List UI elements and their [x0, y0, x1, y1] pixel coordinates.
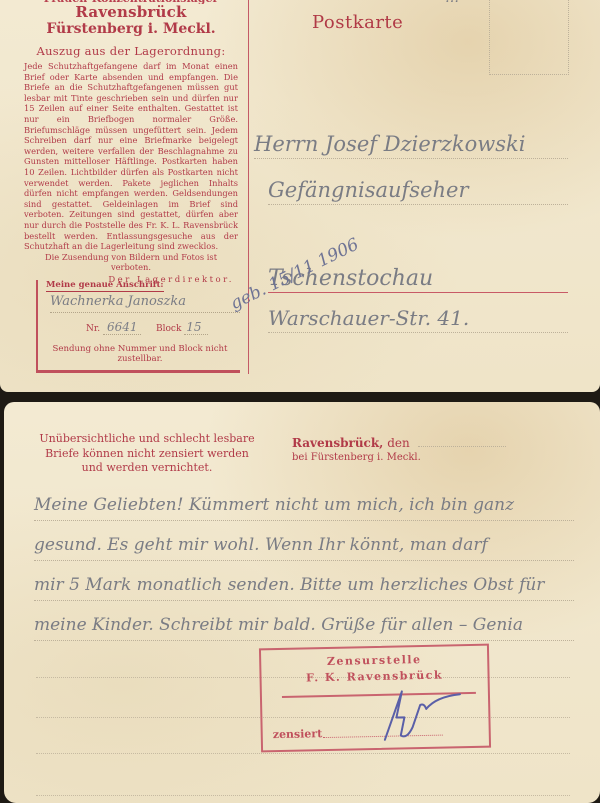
- place-name: Ravensbrück,: [292, 436, 383, 450]
- recipient-line-4: Warschauer-Str. 41.: [268, 306, 568, 333]
- censorship-warning: Unübersichtliche und schlecht lesbare Br…: [34, 432, 260, 476]
- delivery-note: Sendung ohne Nummer und Block nicht zust…: [42, 344, 238, 364]
- sender-address-label: Meine genaue Anschrift:: [46, 280, 164, 292]
- recipient-line-1: Herrn Josef Dzierzkowski: [254, 132, 568, 159]
- stamp-placeholder-box: [489, 0, 569, 75]
- place-date-line: Ravensbrück, den: [292, 436, 506, 450]
- date-blank: [418, 446, 506, 447]
- address-box-underline: [36, 370, 240, 373]
- empty-ruled-line: [36, 795, 570, 796]
- postcard-back: Unübersichtliche und schlecht lesbare Br…: [4, 402, 600, 803]
- camp-rules-text: Jede Schutzhaftgefangene darf im Monat e…: [22, 61, 240, 273]
- rules-body: Jede Schutzhaftgefangene darf im Monat e…: [24, 61, 238, 251]
- camp-name: Ravensbrück: [22, 4, 240, 21]
- block-value: 15: [184, 320, 207, 335]
- top-handwriting-fragment: …: [445, 0, 459, 6]
- postcard-title: Postkarte: [312, 12, 403, 33]
- message-line-4: meine Kinder. Schreibt mir bald. Grüße f…: [34, 610, 574, 641]
- sender-address-box: Meine genaue Anschrift: Wachnerka Janosz…: [36, 280, 238, 370]
- place-suffix: den: [387, 436, 410, 450]
- rules-last-line: Die Zusendung von Bildern und Fotos ist …: [24, 252, 238, 273]
- censored-label: zensiert: [273, 727, 323, 741]
- block-label: Block: [156, 324, 181, 334]
- censor-stamp-title: Zensurstelle: [261, 652, 487, 670]
- camp-location: Fürstenberg i. Meckl.: [22, 21, 240, 37]
- prisoner-number-label: Nr.: [86, 324, 100, 334]
- rules-title: Auszug aus der Lagerordnung:: [22, 44, 240, 58]
- prisoner-number-value: 6641: [103, 320, 142, 335]
- message-line-3: mir 5 Mark monatlich senden. Bitte um he…: [34, 570, 574, 601]
- censor-stamp: Zensurstelle F. K. Ravensbrück zensiert: [259, 644, 491, 753]
- card-divider: [248, 0, 249, 374]
- prisoner-number-field: Nr. 6641: [86, 320, 141, 334]
- camp-rules-panel: Frauen-Konzentrationslager Ravensbrück F…: [22, 0, 240, 285]
- block-field: Block 15: [156, 320, 208, 334]
- postcard-front: Frauen-Konzentrationslager Ravensbrück F…: [0, 0, 600, 392]
- censor-stamp-office: F. K. Ravensbrück: [261, 668, 487, 686]
- sender-name: Wachnerka Janoszka: [50, 292, 240, 313]
- empty-ruled-line: [36, 753, 570, 754]
- place-subline: bei Fürstenberg i. Meckl.: [292, 452, 421, 463]
- censor-signature-icon: [380, 686, 471, 744]
- message-line-1: Meine Geliebten! Kümmert nicht um mich, …: [34, 490, 574, 521]
- message-line-2: gesund. Es geht mir wohl. Wenn Ihr könnt…: [34, 530, 574, 561]
- recipient-line-2: Gefängnisaufseher: [268, 178, 568, 205]
